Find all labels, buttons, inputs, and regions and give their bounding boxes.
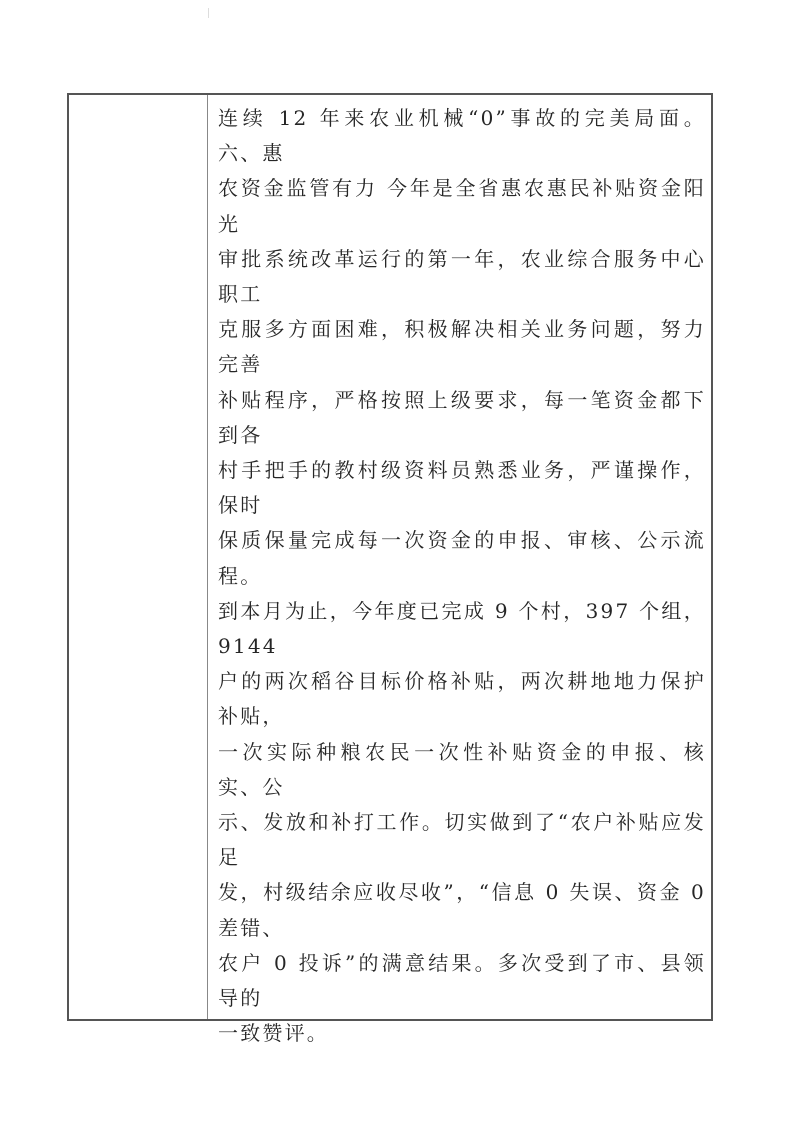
text-line: 农户 0 投诉”的满意结果。多次受到了市、县领导的	[218, 946, 706, 1016]
text-line: 一次实际种粮农民一次性补贴资金的申报、核实、公	[218, 735, 706, 805]
text-line: 补贴程序，严格按照上级要求，每一笔资金都下到各	[218, 383, 706, 453]
text-line: 克服多方面困难，积极解决相关业务问题，努力完善	[218, 312, 706, 382]
body-paragraph: 连续 12 年来农业机械“0”事故的完美局面。 六、惠 农资金监管有力 今年是全…	[218, 101, 706, 1051]
table-content-cell: 连续 12 年来农业机械“0”事故的完美局面。 六、惠 农资金监管有力 今年是全…	[208, 95, 711, 1019]
text-line: 示、发放和补打工作。切实做到了“农户补贴应发足	[218, 805, 706, 875]
scan-artifact-mark	[208, 8, 209, 18]
text-line: 农资金监管有力 今年是全省惠农惠民补贴资金阳光	[218, 171, 706, 241]
text-line: 村手把手的教村级资料员熟悉业务，严谨操作，保时	[218, 453, 706, 523]
document-table: 连续 12 年来农业机械“0”事故的完美局面。 六、惠 农资金监管有力 今年是全…	[67, 93, 713, 1021]
text-line: 审批系统改革运行的第一年，农业综合服务中心职工	[218, 242, 706, 312]
table-label-cell	[69, 95, 208, 1019]
text-line: 一致赞评。	[218, 1016, 706, 1051]
text-line: 到本月为止，今年度已完成 9 个村，397 个组，9144	[218, 594, 706, 664]
text-line: 发，村级结余应收尽收”，“信息 0 失误、资金 0 差错、	[218, 875, 706, 945]
text-line: 连续 12 年来农业机械“0”事故的完美局面。 六、惠	[218, 101, 706, 171]
text-line: 户的两次稻谷目标价格补贴，两次耕地地力保护补贴，	[218, 664, 706, 734]
text-line: 保质保量完成每一次资金的申报、审核、公示流程。	[218, 523, 706, 593]
